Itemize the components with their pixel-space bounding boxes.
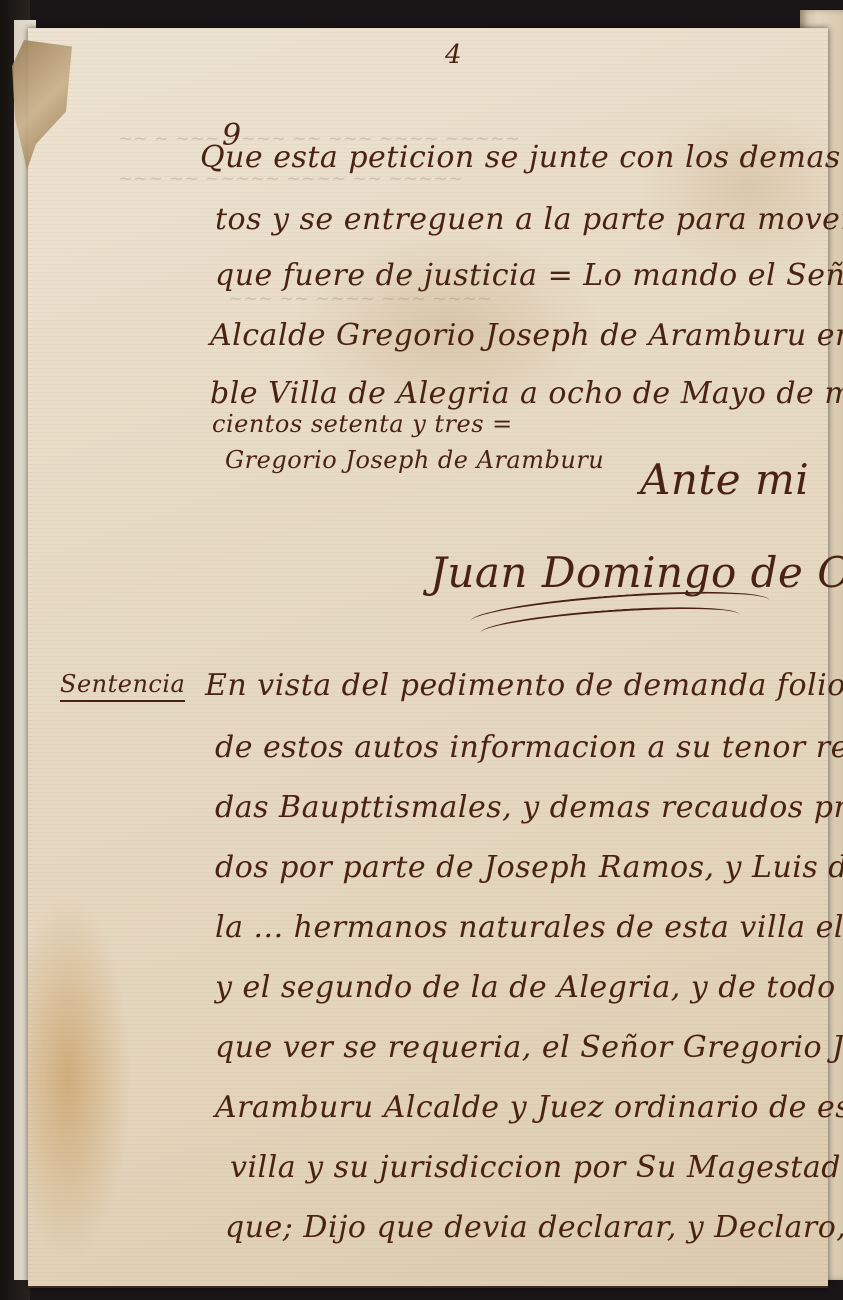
text-line: villa y su jurisdiccion por Su Magestad … [230,1150,843,1185]
text-line: Alcalde Gregorio Joseph de Aramburu en e… [210,318,843,353]
text-line: Que esta peticion se junte con los demas… [200,140,843,175]
signatory-name: Gregorio Joseph de Aramburu [225,446,604,474]
text-line: cientos setenta y tres = [212,410,513,438]
text-line: Aramburu Alcalde y Juez ordinario de est… [215,1090,843,1125]
text-line: la ... hermanos naturales de esta villa … [215,910,843,945]
text-line: de estos autos informacion a su tenor re… [215,730,843,765]
text-line: ble Villa de Alegria a ocho de Mayo de m… [210,376,843,411]
text-line: que; Dijo que devia declarar, y Declaro, [225,1210,843,1245]
text-line: das Baupttismales, y demas recaudos pres… [215,790,843,825]
folio-number: 4 [445,40,462,70]
text-line: que ver se requeria, el Señor Gregorio J… [215,1030,843,1065]
text-line: tos y se entreguen a la parte para mover… [215,202,843,237]
text-line: y el segundo de la de Alegria, y de todo… [215,970,843,1005]
text-line: que fuere de justicia = Lo mando el Seño… [215,258,843,293]
ante-mi-signature: Ante mi [640,455,809,504]
notary-signature: Juan Domingo de Olaz... [430,548,843,597]
text-line: dos por parte de Joseph Ramos, y Luis de [215,850,843,885]
text-line: En vista del pedimento de demanda folio … [205,668,843,703]
margin-note-sentencia: Sentencia [60,670,185,702]
